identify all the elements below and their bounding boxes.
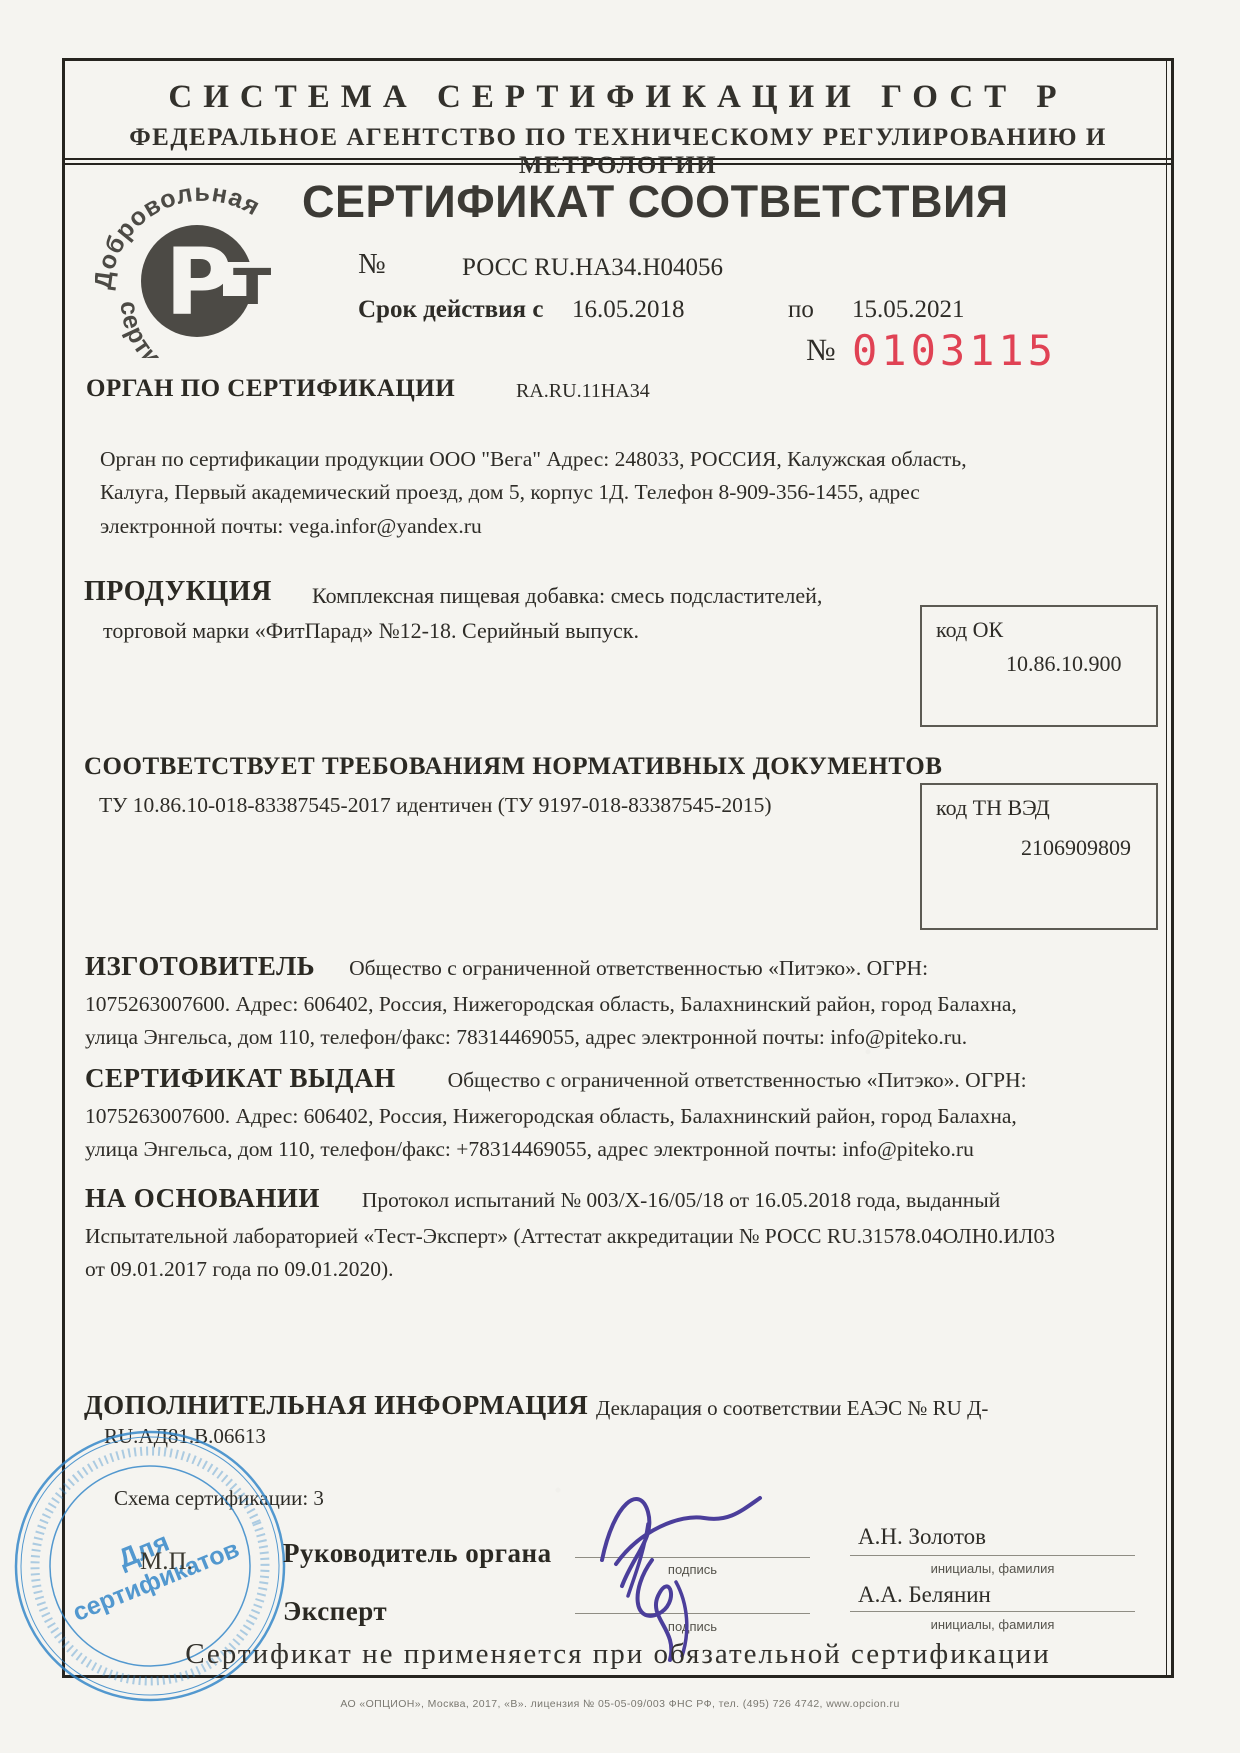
additional-text1: Декларация о соответствии ЕАЭС № RU Д-: [596, 1396, 988, 1421]
header-band: СИСТЕМА СЕРТИФИКАЦИИ ГОСТ Р ФЕДЕРАЛЬНОЕ …: [65, 61, 1171, 165]
valid-to-date: 15.05.2021: [852, 296, 965, 324]
org-code: RA.RU.11НА34: [516, 380, 650, 403]
certificate-page: СИСТЕМА СЕРТИФИКАЦИИ ГОСТ Р ФЕДЕРАЛЬНОЕ …: [0, 0, 1240, 1753]
additional-section-label: ДОПОЛНИТЕЛЬНАЯ ИНФОРМАЦИЯ: [84, 1390, 588, 1421]
document-title: СЕРТИФИКАТ СООТВЕТСТВИЯ: [302, 176, 1009, 228]
expert-name-caption: инициалы, фамилия: [850, 1617, 1135, 1632]
manufacturer-section-label: ИЗГОТОВИТЕЛЬ: [85, 951, 315, 981]
product-line1: Комплексная пищевая добавка: смесь подсл…: [312, 583, 822, 609]
tnved-code-value: 2106909809: [1021, 835, 1142, 861]
validity-label: Срок действия с: [358, 296, 543, 324]
org-section-label: ОРГАН ПО СЕРТИФИКАЦИИ: [86, 375, 455, 403]
head-name: А.Н. Золотов: [858, 1524, 986, 1550]
conformity-text: ТУ 10.86.10-018-83387545-2017 идентичен …: [99, 793, 772, 818]
tnved-code-box: код ТН ВЭД 2106909809: [920, 783, 1158, 930]
issued-block: СЕРТИФИКАТ ВЫДАНОбщество с ограниченной …: [85, 1058, 1070, 1166]
org-description: Орган по сертификации продукции ООО "Вег…: [100, 443, 1038, 543]
product-line2: торговой марки «ФитПарад» №12-18. Серийн…: [103, 618, 639, 644]
ok-code-label: код ОК: [936, 617, 1003, 642]
expert-name-line: [850, 1611, 1135, 1612]
logo-letter-p: Р: [165, 229, 232, 336]
expert-signature-label: Эксперт: [283, 1596, 387, 1627]
bottom-note: Сертификат не применяется при обязательн…: [62, 1638, 1174, 1671]
head-name-caption: инициалы, фамилия: [850, 1561, 1135, 1576]
cert-number: РОСС RU.НА34.Н04056: [462, 254, 723, 282]
manufacturer-block: ИЗГОТОВИТЕЛЬОбщество с ограниченной отве…: [85, 946, 1070, 1054]
blank-number-label: №: [806, 332, 836, 368]
stamp-place-label: М.П.: [140, 1548, 193, 1576]
conformity-section-label: СООТВЕТСТВУЕТ ТРЕБОВАНИЯМ НОРМАТИВНЫХ ДО…: [84, 753, 942, 781]
basis-section-label: НА ОСНОВАНИИ: [85, 1183, 320, 1213]
blank-number: 0103115: [852, 326, 1057, 375]
system-title: СИСТЕМА СЕРТИФИКАЦИИ ГОСТ Р: [65, 79, 1171, 116]
valid-from-date: 16.05.2018: [572, 296, 685, 324]
cert-number-label: №: [358, 248, 386, 281]
issued-section-label: СЕРТИФИКАТ ВЫДАН: [85, 1063, 396, 1093]
head-signature-label: Руководитель органа: [283, 1538, 552, 1569]
basis-block: НА ОСНОВАНИИПротокол испытаний № 003/Х-1…: [85, 1178, 1065, 1286]
rst-quality-mark-icon: Добровольная Р т сертификация: [95, 178, 313, 358]
product-section-label: ПРОДУКЦИЯ: [84, 576, 272, 608]
printer-info: АО «ОПЦИОН», Москва, 2017, «В». лицензия…: [0, 1698, 1240, 1710]
valid-to-label: по: [788, 296, 814, 324]
tnved-code-label: код ТН ВЭД: [936, 795, 1050, 820]
ok-code-value: 10.86.10.900: [1006, 651, 1142, 677]
agency-title: ФЕДЕРАЛЬНОЕ АГЕНТСТВО ПО ТЕХНИЧЕСКОМУ РЕ…: [65, 124, 1171, 180]
expert-name: А.А. Белянин: [858, 1582, 991, 1608]
logo-letter-t: т: [233, 243, 271, 320]
ok-code-box: код ОК 10.86.10.900: [920, 605, 1158, 727]
head-name-line: [850, 1555, 1135, 1556]
